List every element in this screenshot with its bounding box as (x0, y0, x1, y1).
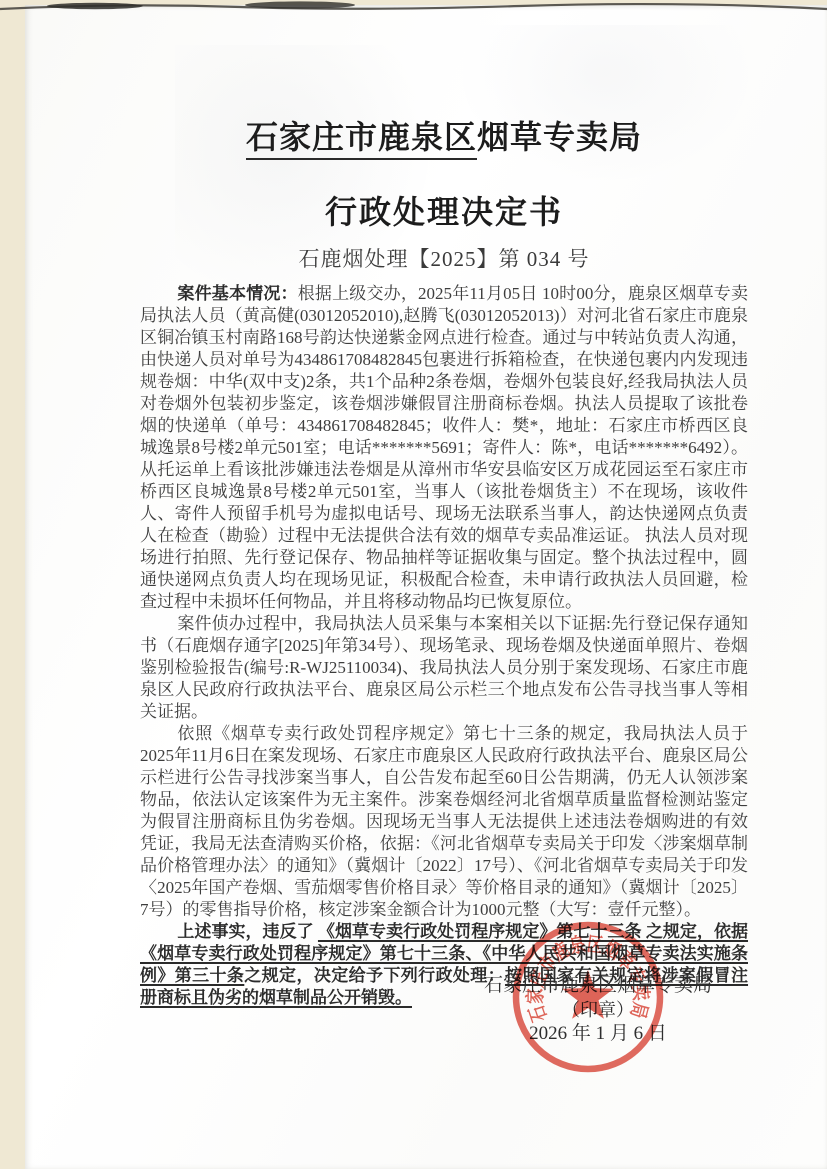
paragraph-evidence: 案件侦办过程中，我局执法人员采集与本案相关以下证据:先行登记保存通知书（石鹿烟存… (140, 613, 748, 723)
official-seal-stamp: 石家庄市鹿泉区烟草专卖局 (508, 917, 668, 1077)
document-title: 石家庄市鹿泉区烟草专卖局 (140, 112, 748, 158)
paragraph-label: 案件基本情况： (177, 284, 297, 303)
paragraph-legal-basis: 依照《烟草专卖行政处罚程序规定》第七十三条的规定，我局执法人员于2025年11月… (140, 723, 748, 921)
document-title-rest: 烟草专卖局 (477, 119, 642, 155)
document-subtitle: 行政处理决定书 (140, 187, 748, 233)
document-title-underlined: 石家庄市鹿泉区 (246, 119, 477, 160)
paragraph-case-facts: 案件基本情况：根据上级交办，2025年11月05日 10时00分，鹿泉区烟草专卖… (140, 283, 748, 613)
scan-smudge (455, 25, 755, 185)
document-number: 石鹿烟处理【2025】第 034 号 (140, 243, 748, 273)
paragraph-text: 根据上级交办，2025年11月05日 10时00分，鹿泉区烟草专卖局执法人员（黄… (140, 284, 748, 611)
document-body: 案件基本情况：根据上级交办，2025年11月05日 10时00分，鹿泉区烟草专卖… (140, 283, 748, 1009)
seal-star-icon (562, 970, 613, 1019)
paper-top-edge-shadow (0, 0, 827, 16)
decision-prefix: 上述事实，违反了 (177, 922, 318, 941)
